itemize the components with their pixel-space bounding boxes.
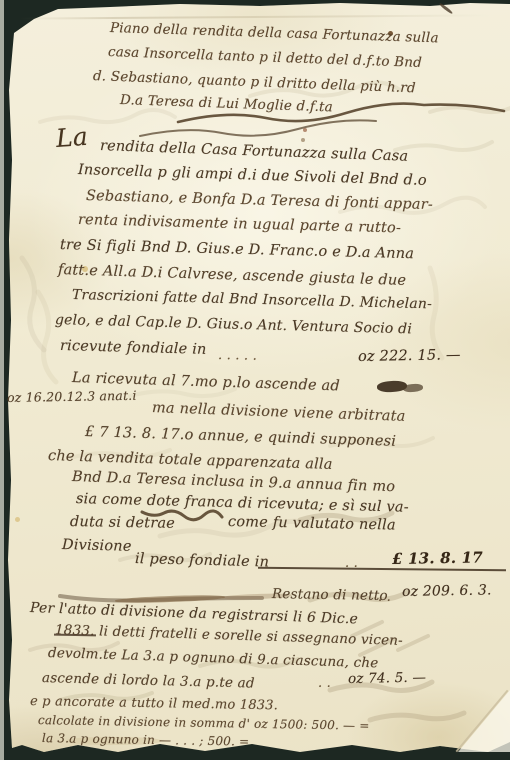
manuscript-line: il peso fondiale in (135, 551, 270, 571)
manuscript-line: renta indivisamente in ugual parte a rut… (78, 212, 401, 236)
manuscript-line: Trascrizioni fatte dal Bnd Insorcella D.… (72, 287, 432, 312)
manuscript-line: Insorcella p gli ampi d.i due Sivoli del… (78, 162, 427, 189)
manuscript-line: ascende di lordo la 3.a p.te ad (42, 670, 255, 692)
amount: oz 222. 15. — (358, 347, 461, 365)
dot-leader: . . (345, 556, 358, 571)
amount: £ 13. 8. 17 (392, 548, 483, 568)
margin-note: oz 16.20.12.3 anat.i (7, 388, 137, 405)
manuscript-line: fatt.e All.a D.i Calvrese, ascende giust… (58, 262, 407, 289)
manuscript-line: Sebastiano, e Bonfa D.a Teresa di fonti … (86, 188, 433, 213)
manuscript-line: e p ancorate a tutto il med.mo 1833. (30, 694, 278, 713)
drop-capital: La (55, 122, 89, 153)
manuscript-line: come fu valutato nella (228, 514, 396, 534)
amount: oz 209. 6. 3. (402, 582, 492, 600)
manuscript-line: duta si detrae (70, 514, 175, 532)
title-line: D.a Teresa di Lui Moglie d.f.ta (120, 92, 334, 115)
manuscript-line: la 3.a p ognuno in — . . . ; 500. = (42, 731, 250, 749)
manuscript-text-layer: Piano della rendita della casa Fortunazz… (0, 0, 510, 760)
dot-leader: . . (378, 590, 391, 605)
title-line: casa Insorcella tanto p il detto del d.f… (108, 44, 423, 71)
manuscript-line: gelo, e dal Cap.le D. Gius.o Ant. Ventur… (55, 312, 412, 337)
manuscript-line: ricevute fondiale in (60, 338, 207, 358)
manuscript-line: Divisione (62, 537, 132, 555)
title-line: Piano della rendita della casa Fortunazz… (110, 20, 439, 46)
amount: oz 74. 5. — (348, 670, 426, 687)
manuscript-line: £ 7 13. 8. 17.o annue, e quindi suppones… (85, 424, 397, 450)
manuscript-line: sia come dote franca di ricevuta; e sì s… (76, 491, 409, 516)
manuscript-line: tre Si figli Bnd D. Gius.e D. Franc.o e … (60, 237, 415, 262)
manuscript-line: Restano di netto (272, 586, 388, 604)
manuscript-line: calcolate in divisione in somma d' oz 15… (38, 713, 370, 733)
manuscript-line: devolm.te La 3.a p ognuno di 9.a ciascun… (48, 645, 379, 671)
manuscript-line: rendita della Casa Fortunazza sulla Casa (100, 138, 409, 165)
manuscript-line: ma nella divisione viene arbitrata (152, 400, 406, 425)
scanned-manuscript-photo: { "manuscript": { "description_label": "… (0, 0, 510, 760)
dot-leader: . . (318, 676, 331, 691)
dot-leader: . . . . . (218, 348, 257, 364)
